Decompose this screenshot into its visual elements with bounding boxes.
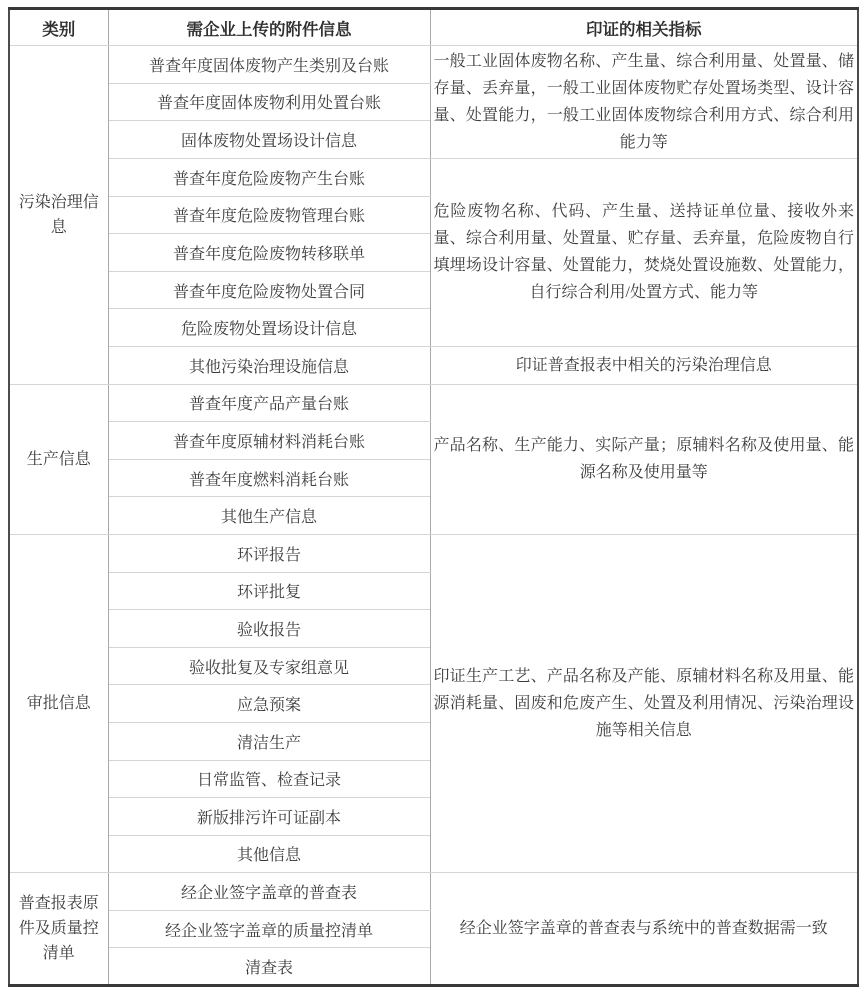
attachment-cell: 清洁生产 <box>108 722 430 760</box>
indicator-cell: 危险废物名称、代码、产生量、送持证单位量、接收外来量、综合利用量、处置量、贮存量… <box>430 159 858 347</box>
column-header-indicators: 印证的相关指标 <box>430 9 858 46</box>
table-row: 普查报表原 件及质量控 清单经企业签字盖章的普查表经企业签字盖章的普查表与系统中… <box>9 873 858 911</box>
table-body: 污染治理信息普查年度固体废物产生类别及台账一般工业固体废物名称、产生量、综合利用… <box>9 46 858 986</box>
attachment-cell: 普查年度危险废物产生台账 <box>108 159 430 197</box>
attachment-cell: 普查年度固体废物产生类别及台账 <box>108 46 430 84</box>
table-row: 普查年度危险废物产生台账危险废物名称、代码、产生量、送持证单位量、接收外来量、综… <box>9 159 858 197</box>
indicator-cell: 印证生产工艺、产品名称及产能、原辅材料名称及用量、能源消耗量、固废和危废产生、处… <box>430 534 858 872</box>
attachment-cell: 普查年度产品产量台账 <box>108 384 430 422</box>
indicator-cell: 经企业签字盖章的普查表与系统中的普查数据需一致 <box>430 873 858 986</box>
attachment-cell: 普查年度燃料消耗台账 <box>108 459 430 497</box>
attachment-cell: 经企业签字盖章的普查表 <box>108 873 430 911</box>
attachment-cell: 固体废物处置场设计信息 <box>108 121 430 159</box>
indicator-cell: 印证普查报表中相关的污染治理信息 <box>430 346 858 384</box>
attachment-cell: 清查表 <box>108 948 430 986</box>
attachment-cell: 普查年度危险废物处置合同 <box>108 271 430 309</box>
table-row: 污染治理信息普查年度固体废物产生类别及台账一般工业固体废物名称、产生量、综合利用… <box>9 46 858 84</box>
indicator-cell: 一般工业固体废物名称、产生量、综合利用量、处置量、储存量、丢弃量，一般工业固体废… <box>430 46 858 159</box>
attachment-cell: 普查年度原辅材料消耗台账 <box>108 422 430 460</box>
attachment-cell: 其他污染治理设施信息 <box>108 346 430 384</box>
attachment-cell: 日常监管、检查记录 <box>108 760 430 798</box>
document-page: 类别 需企业上传的附件信息 印证的相关指标 污染治理信息普查年度固体废物产生类别… <box>0 0 865 993</box>
table-row: 生产信息普查年度产品产量台账产品名称、生产能力、实际产量；原辅料名称及使用量、能… <box>9 384 858 422</box>
table-row: 其他污染治理设施信息印证普查报表中相关的污染治理信息 <box>9 346 858 384</box>
column-header-attachments: 需企业上传的附件信息 <box>108 9 430 46</box>
category-cell: 污染治理信息 <box>9 46 108 385</box>
attachment-cell: 环评报告 <box>108 534 430 572</box>
attachment-cell: 普查年度危险废物转移联单 <box>108 234 430 272</box>
attachment-cell: 应急预案 <box>108 685 430 723</box>
header-row: 类别 需企业上传的附件信息 印证的相关指标 <box>9 9 858 46</box>
attachment-info-table: 类别 需企业上传的附件信息 印证的相关指标 污染治理信息普查年度固体废物产生类别… <box>8 7 859 987</box>
attachment-cell: 验收批复及专家组意见 <box>108 647 430 685</box>
category-cell: 审批信息 <box>9 534 108 872</box>
column-header-category: 类别 <box>9 9 108 46</box>
attachment-cell: 新版排污许可证副本 <box>108 798 430 836</box>
table-row: 审批信息环评报告印证生产工艺、产品名称及产能、原辅材料名称及用量、能源消耗量、固… <box>9 534 858 572</box>
indicator-cell: 产品名称、生产能力、实际产量；原辅料名称及使用量、能源名称及使用量等 <box>430 384 858 534</box>
category-cell: 生产信息 <box>9 384 108 534</box>
attachment-cell: 普查年度固体废物利用处置台账 <box>108 83 430 121</box>
attachment-cell: 环评批复 <box>108 572 430 610</box>
attachment-cell: 验收报告 <box>108 610 430 648</box>
attachment-cell: 普查年度危险废物管理台账 <box>108 196 430 234</box>
attachment-cell: 危险废物处置场设计信息 <box>108 309 430 347</box>
table-header: 类别 需企业上传的附件信息 印证的相关指标 <box>9 9 858 46</box>
category-cell: 普查报表原 件及质量控 清单 <box>9 873 108 986</box>
attachment-cell: 其他信息 <box>108 835 430 873</box>
attachment-cell: 其他生产信息 <box>108 497 430 535</box>
attachment-cell: 经企业签字盖章的质量控清单 <box>108 910 430 948</box>
